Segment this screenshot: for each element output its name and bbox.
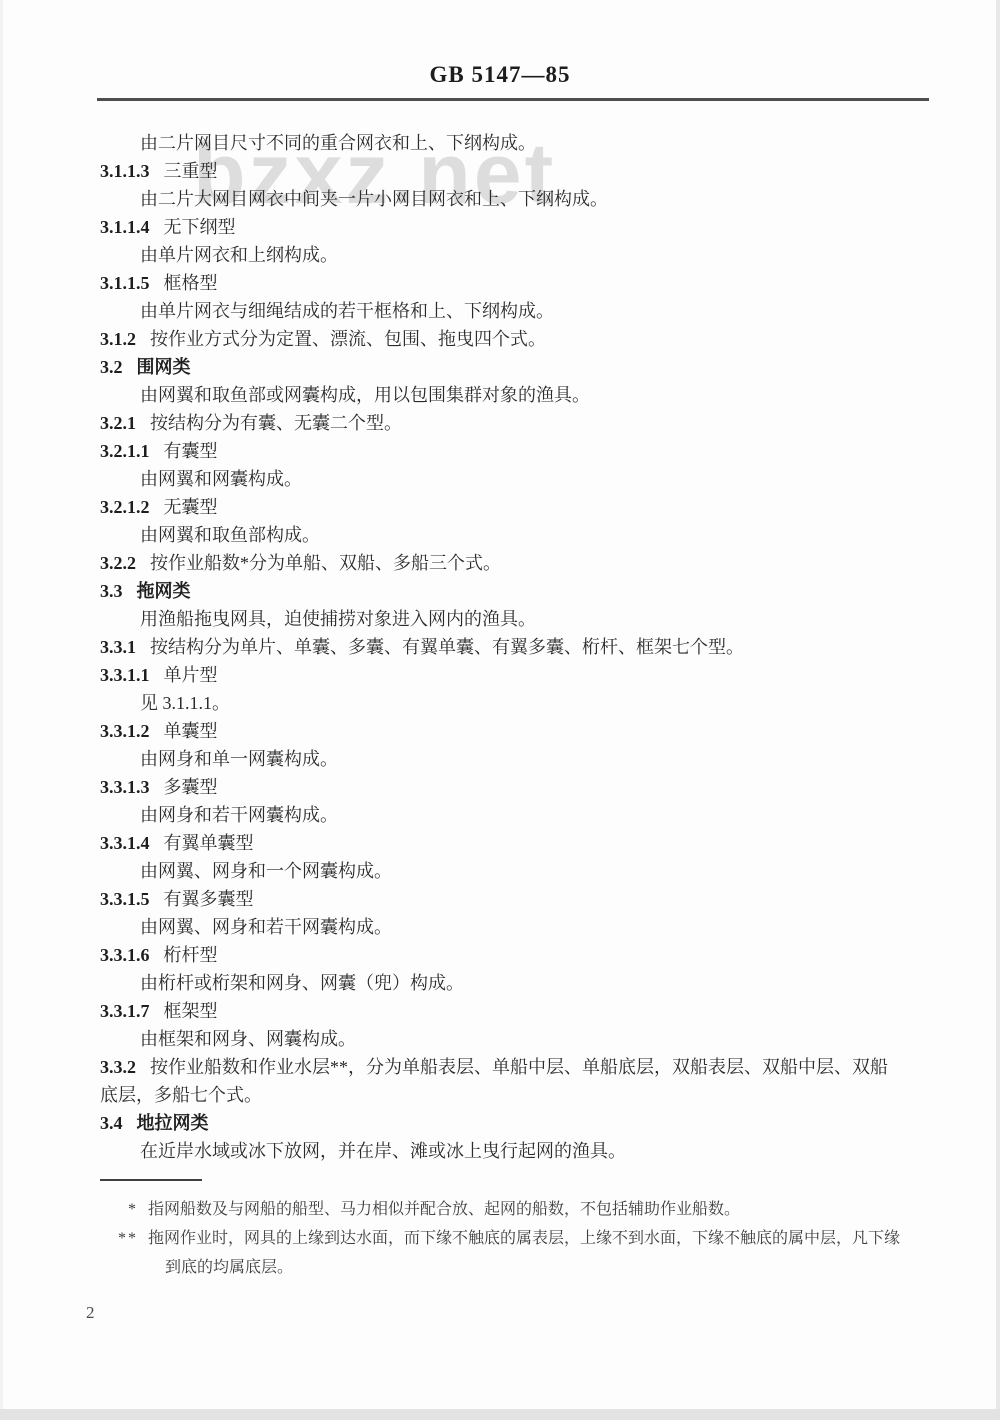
footnote-text: 拖网作业时，网具的上缘到达水面，而下缘不触底的属表层，上缘不到水面，下缘不触底的… (148, 1224, 912, 1282)
clause-text: 无囊型 (164, 497, 218, 517)
clause-text: 由单片网衣和上纲构成。 (140, 245, 338, 265)
clause-line: 3.2.1.1有囊型 (100, 437, 900, 465)
para-line: 在近岸水域或冰下放网，并在岸、滩或冰上曳行起网的渔具。 (100, 1137, 900, 1165)
clause-number: 3.3.1.3 (100, 777, 150, 797)
clause-line: 3.3.2按作业船数和作业水层**，分为单船表层、单船中层、单船底层，双船表层、… (100, 1053, 900, 1109)
clause-text: 桁杆型 (164, 945, 218, 965)
clause-number: 3.1.1.5 (100, 273, 150, 293)
clause-line: 3.1.1.3三重型 (100, 157, 900, 185)
clause-line: 3.3.1.6桁杆型 (100, 941, 900, 969)
page-number: 2 (86, 1303, 95, 1323)
clause-number: 3.1.1.4 (100, 217, 150, 237)
scanned-page: bzxz.net GB 5147—85 由二片网目尺寸不同的重合网衣和上、下纲构… (0, 0, 1000, 1420)
standard-number: GB 5147—85 (0, 0, 1000, 88)
para-line: 由网翼和取鱼部构成。 (100, 521, 900, 549)
document-body: GB 5147—85 由二片网目尺寸不同的重合网衣和上、下纲构成。 3.1.1.… (0, 0, 1000, 1282)
header-rule (97, 98, 929, 101)
clause-number: 3.3.1.4 (100, 833, 150, 853)
clause-line: 3.1.2按作业方式分为定置、漂流、包围、拖曳四个式。 (100, 325, 900, 353)
clause-line: 3.3.1.7框架型 (100, 997, 900, 1025)
clause-text: 由框架和网身、网囊构成。 (140, 1029, 356, 1049)
clause-number: 3.2.1.2 (100, 497, 150, 517)
para-line: 由网翼和取鱼部或网囊构成，用以包围集群对象的渔具。 (100, 381, 900, 409)
clause-text: 按结构分为有囊、无囊二个型。 (150, 413, 402, 433)
clause-text: 有翼单囊型 (164, 833, 254, 853)
para-line: 由网翼、网身和若干网囊构成。 (100, 913, 900, 941)
clause-text: 有囊型 (164, 441, 218, 461)
clause-text: 见 3.1.1.1。 (140, 693, 230, 713)
clause-number: 3.3.1 (100, 637, 136, 657)
clause-number: 3.3.1.6 (100, 945, 150, 965)
para-line: 由单片网衣和上纲构成。 (100, 241, 900, 269)
footnote: * 指网船数及与网船的船型、马力相似并配合放、起网的船数，不包括辅助作业船数。 (100, 1195, 912, 1224)
clause-number: 3.3 (100, 581, 123, 601)
clause-number: 3.3.1.5 (100, 889, 150, 909)
footnote-marker: * (100, 1195, 138, 1224)
clause-text: 用渔船拖曳网具，迫使捕捞对象进入网内的渔具。 (140, 609, 536, 629)
footnote-marker: ** (100, 1224, 138, 1282)
clause-text: 由网翼和取鱼部或网囊构成，用以包围集群对象的渔具。 (140, 385, 590, 405)
clause-text: 有翼多囊型 (164, 889, 254, 909)
para-line: 由网翼和网囊构成。 (100, 465, 900, 493)
para-line: 由二片大网目网衣中间夹一片小网目网衣和上、下纲构成。 (100, 185, 900, 213)
clause-line: 3.3.1.4有翼单囊型 (100, 829, 900, 857)
para-line: 用渔船拖曳网具，迫使捕捞对象进入网内的渔具。 (100, 605, 900, 633)
clause-text: 由单片网衣与细绳结成的若干框格和上、下纲构成。 (140, 301, 554, 321)
para-line: 由二片网目尺寸不同的重合网衣和上、下纲构成。 (100, 129, 900, 157)
heading-line: 3.4地拉网类 (100, 1109, 900, 1137)
content-lines: 由二片网目尺寸不同的重合网衣和上、下纲构成。 3.1.1.3三重型 由二片大网目… (0, 129, 1000, 1165)
clause-text: 由网翼、网身和若干网囊构成。 (140, 917, 392, 937)
clause-text: 由网身和单一网囊构成。 (140, 749, 338, 769)
clause-line: 3.1.1.5框格型 (100, 269, 900, 297)
clause-text: 在近岸水域或冰下放网，并在岸、滩或冰上曳行起网的渔具。 (140, 1141, 626, 1161)
clause-line: 3.2.1按结构分为有囊、无囊二个型。 (100, 409, 900, 437)
clause-line: 3.1.1.4无下纲型 (100, 213, 900, 241)
heading-line: 3.2围网类 (100, 353, 900, 381)
clause-text: 由桁杆或桁架和网身、网囊（兜）构成。 (140, 973, 464, 993)
clause-number: 3.3.1.1 (100, 665, 150, 685)
clause-text: 无下纲型 (164, 217, 236, 237)
clause-text: 按结构分为单片、单囊、多囊、有翼单囊、有翼多囊、桁杆、框架七个型。 (150, 637, 744, 657)
para-line: 由网身和单一网囊构成。 (100, 745, 900, 773)
clause-line: 3.3.1.5有翼多囊型 (100, 885, 900, 913)
clause-number: 3.1.2 (100, 329, 136, 349)
clause-line: 3.3.1.2单囊型 (100, 717, 900, 745)
clause-text: 由二片大网目网衣中间夹一片小网目网衣和上、下纲构成。 (140, 189, 608, 209)
clause-number: 3.2.2 (100, 553, 136, 573)
clause-number: 3.1.1.3 (100, 161, 150, 181)
clause-text: 由网身和若干网囊构成。 (140, 805, 338, 825)
clause-line: 3.3.1.1单片型 (100, 661, 900, 689)
clause-line: 3.3.1.3多囊型 (100, 773, 900, 801)
para-line: 由网翼、网身和一个网囊构成。 (100, 857, 900, 885)
clause-number: 3.2 (100, 357, 123, 377)
clause-number: 3.4 (100, 1113, 123, 1133)
clause-text: 由二片网目尺寸不同的重合网衣和上、下纲构成。 (140, 133, 536, 153)
para-line: 见 3.1.1.1。 (100, 689, 900, 717)
clause-text: 框架型 (164, 1001, 218, 1021)
clause-line: 3.2.2按作业船数*分为单船、双船、多船三个式。 (100, 549, 900, 577)
para-line: 由桁杆或桁架和网身、网囊（兜）构成。 (100, 969, 900, 997)
clause-line: 3.3.1按结构分为单片、单囊、多囊、有翼单囊、有翼多囊、桁杆、框架七个型。 (100, 633, 900, 661)
footnote-divider (100, 1179, 202, 1181)
clause-text: 单囊型 (164, 721, 218, 741)
clause-text: 三重型 (164, 161, 218, 181)
clause-text: 单片型 (164, 665, 218, 685)
clause-number: 3.3.1.2 (100, 721, 150, 741)
clause-line: 3.2.1.2无囊型 (100, 493, 900, 521)
clause-text: 地拉网类 (137, 1113, 209, 1133)
clause-text: 围网类 (137, 357, 191, 377)
clause-text: 按作业船数和作业水层**，分为单船表层、单船中层、单船底层，双船表层、双船中层、… (100, 1057, 888, 1105)
footnote: ** 拖网作业时，网具的上缘到达水面，而下缘不触底的属表层，上缘不到水面，下缘不… (100, 1224, 912, 1282)
clause-text: 拖网类 (137, 581, 191, 601)
para-line: 由网身和若干网囊构成。 (100, 801, 900, 829)
clause-text: 按作业船数*分为单船、双船、多船三个式。 (150, 553, 501, 573)
clause-text: 由网翼和取鱼部构成。 (140, 525, 320, 545)
clause-text: 框格型 (164, 273, 218, 293)
para-line: 由单片网衣与细绳结成的若干框格和上、下纲构成。 (100, 297, 900, 325)
clause-number: 3.3.2 (100, 1057, 136, 1077)
para-line: 由框架和网身、网囊构成。 (100, 1025, 900, 1053)
scan-edge-bottom (0, 1409, 1000, 1420)
clause-text: 由网翼和网囊构成。 (140, 469, 302, 489)
clause-number: 3.3.1.7 (100, 1001, 150, 1021)
footnote-text: 指网船数及与网船的船型、马力相似并配合放、起网的船数，不包括辅助作业船数。 (148, 1195, 740, 1224)
clause-text: 按作业方式分为定置、漂流、包围、拖曳四个式。 (150, 329, 546, 349)
clause-text: 多囊型 (164, 777, 218, 797)
heading-line: 3.3拖网类 (100, 577, 900, 605)
clause-number: 3.2.1.1 (100, 441, 150, 461)
clause-number: 3.2.1 (100, 413, 136, 433)
clause-text: 由网翼、网身和一个网囊构成。 (140, 861, 392, 881)
footnotes: * 指网船数及与网船的船型、马力相似并配合放、起网的船数，不包括辅助作业船数。 … (0, 1195, 1000, 1282)
